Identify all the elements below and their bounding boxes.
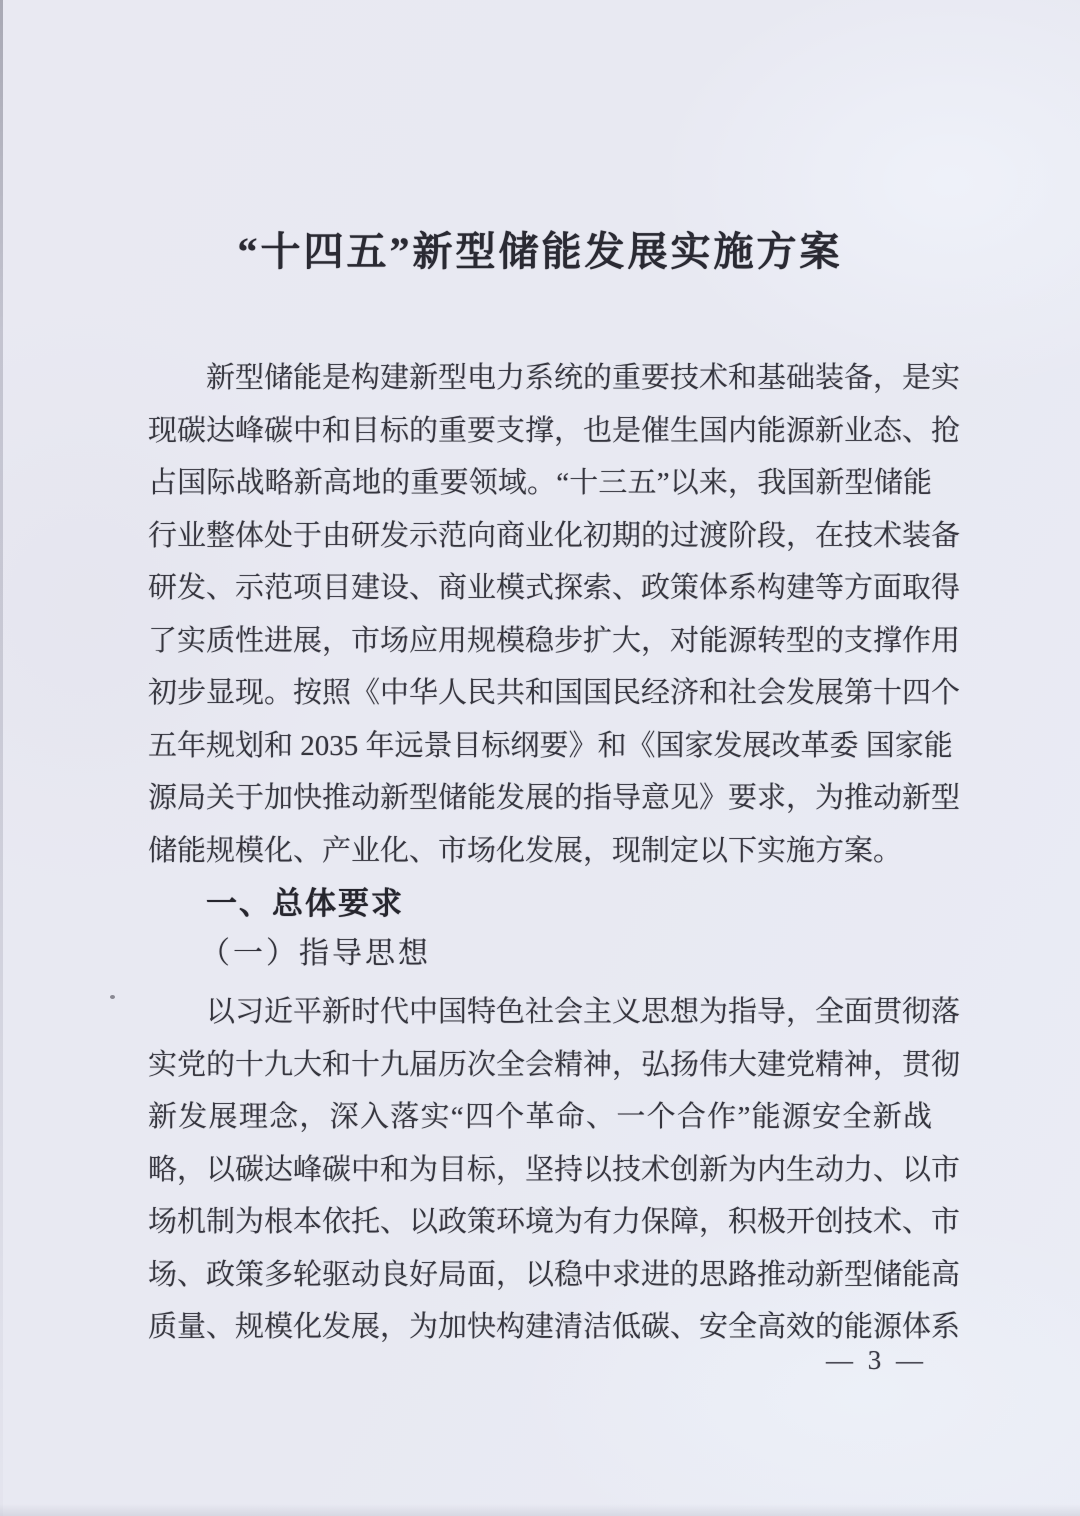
document-title: “十四五”新型储能发展实施方案 — [148, 224, 932, 280]
text-line: 现碳达峰碳中和目标的重要支撑，也是催生国内能源新业态、抢 — [148, 405, 932, 458]
text-line: 五年规划和 2035 年远景目标纲要》和《国家发展改革委 国家能 — [148, 720, 932, 773]
text-line: 略，以碳达峰碳中和为目标，坚持以技术创新为内生动力、以市 — [148, 1144, 932, 1197]
paragraph: 以习近平新时代中国特色社会主义思想为指导，全面贯彻落实党的十九大和十九届历次全会… — [148, 986, 932, 1354]
text-line: 行业整体处于由研发示范向商业化初期的过渡阶段，在技术装备 — [148, 510, 932, 563]
text-line: 新发展理念，深入落实“四个革命、一个合作”能源安全新战 — [148, 1091, 932, 1144]
page-number: — 3 — — [826, 1342, 927, 1378]
scan-bottom-edge-shadow — [0, 1504, 1080, 1516]
text-line: 源局关于加快推动新型储能发展的指导意见》要求，为推动新型 — [148, 772, 932, 825]
text-line: 质量、规模化发展，为加快构建清洁低碳、安全高效的能源体系 — [148, 1301, 932, 1354]
text-line: 了实质性进展，市场应用规模稳步扩大，对能源转型的支撑作用 — [148, 615, 932, 668]
ink-speck — [110, 995, 115, 999]
text-line: 占国际战略新高地的重要领域。“十三五”以来，我国新型储能 — [148, 457, 932, 510]
text-line: 初步显现。按照《中华人民共和国国民经济和社会发展第十四个 — [148, 667, 932, 720]
text-line: 以习近平新时代中国特色社会主义思想为指导，全面贯彻落 — [148, 986, 932, 1039]
subsection-heading: （一）指导思想 — [148, 928, 984, 980]
text-line: 场机制为根本依托、以政策环境为有力保障，积极开创技术、市 — [148, 1196, 932, 1249]
section-heading: 一、总体要求 — [148, 878, 990, 930]
paragraph: 新型储能是构建新型电力系统的重要技术和基础装备，是实现碳达峰碳中和目标的重要支撑… — [148, 352, 932, 877]
scanned-document-page: “十四五”新型储能发展实施方案 新型储能是构建新型电力系统的重要技术和基础装备，… — [0, 0, 1080, 1516]
text-line: 研发、示范项目建设、商业模式探索、政策体系构建等方面取得 — [148, 562, 932, 615]
text-line: 新型储能是构建新型电力系统的重要技术和基础装备，是实 — [148, 352, 932, 405]
scan-left-edge-shadow — [0, 0, 3, 1516]
text-line: 储能规模化、产业化、市场化发展，现制定以下实施方案。 — [148, 825, 932, 878]
text-line: 实党的十九大和十九届历次全会精神，弘扬伟大建党精神，贯彻 — [148, 1039, 932, 1092]
text-line: 场、政策多轮驱动良好局面，以稳中求进的思路推动新型储能高 — [148, 1249, 932, 1302]
